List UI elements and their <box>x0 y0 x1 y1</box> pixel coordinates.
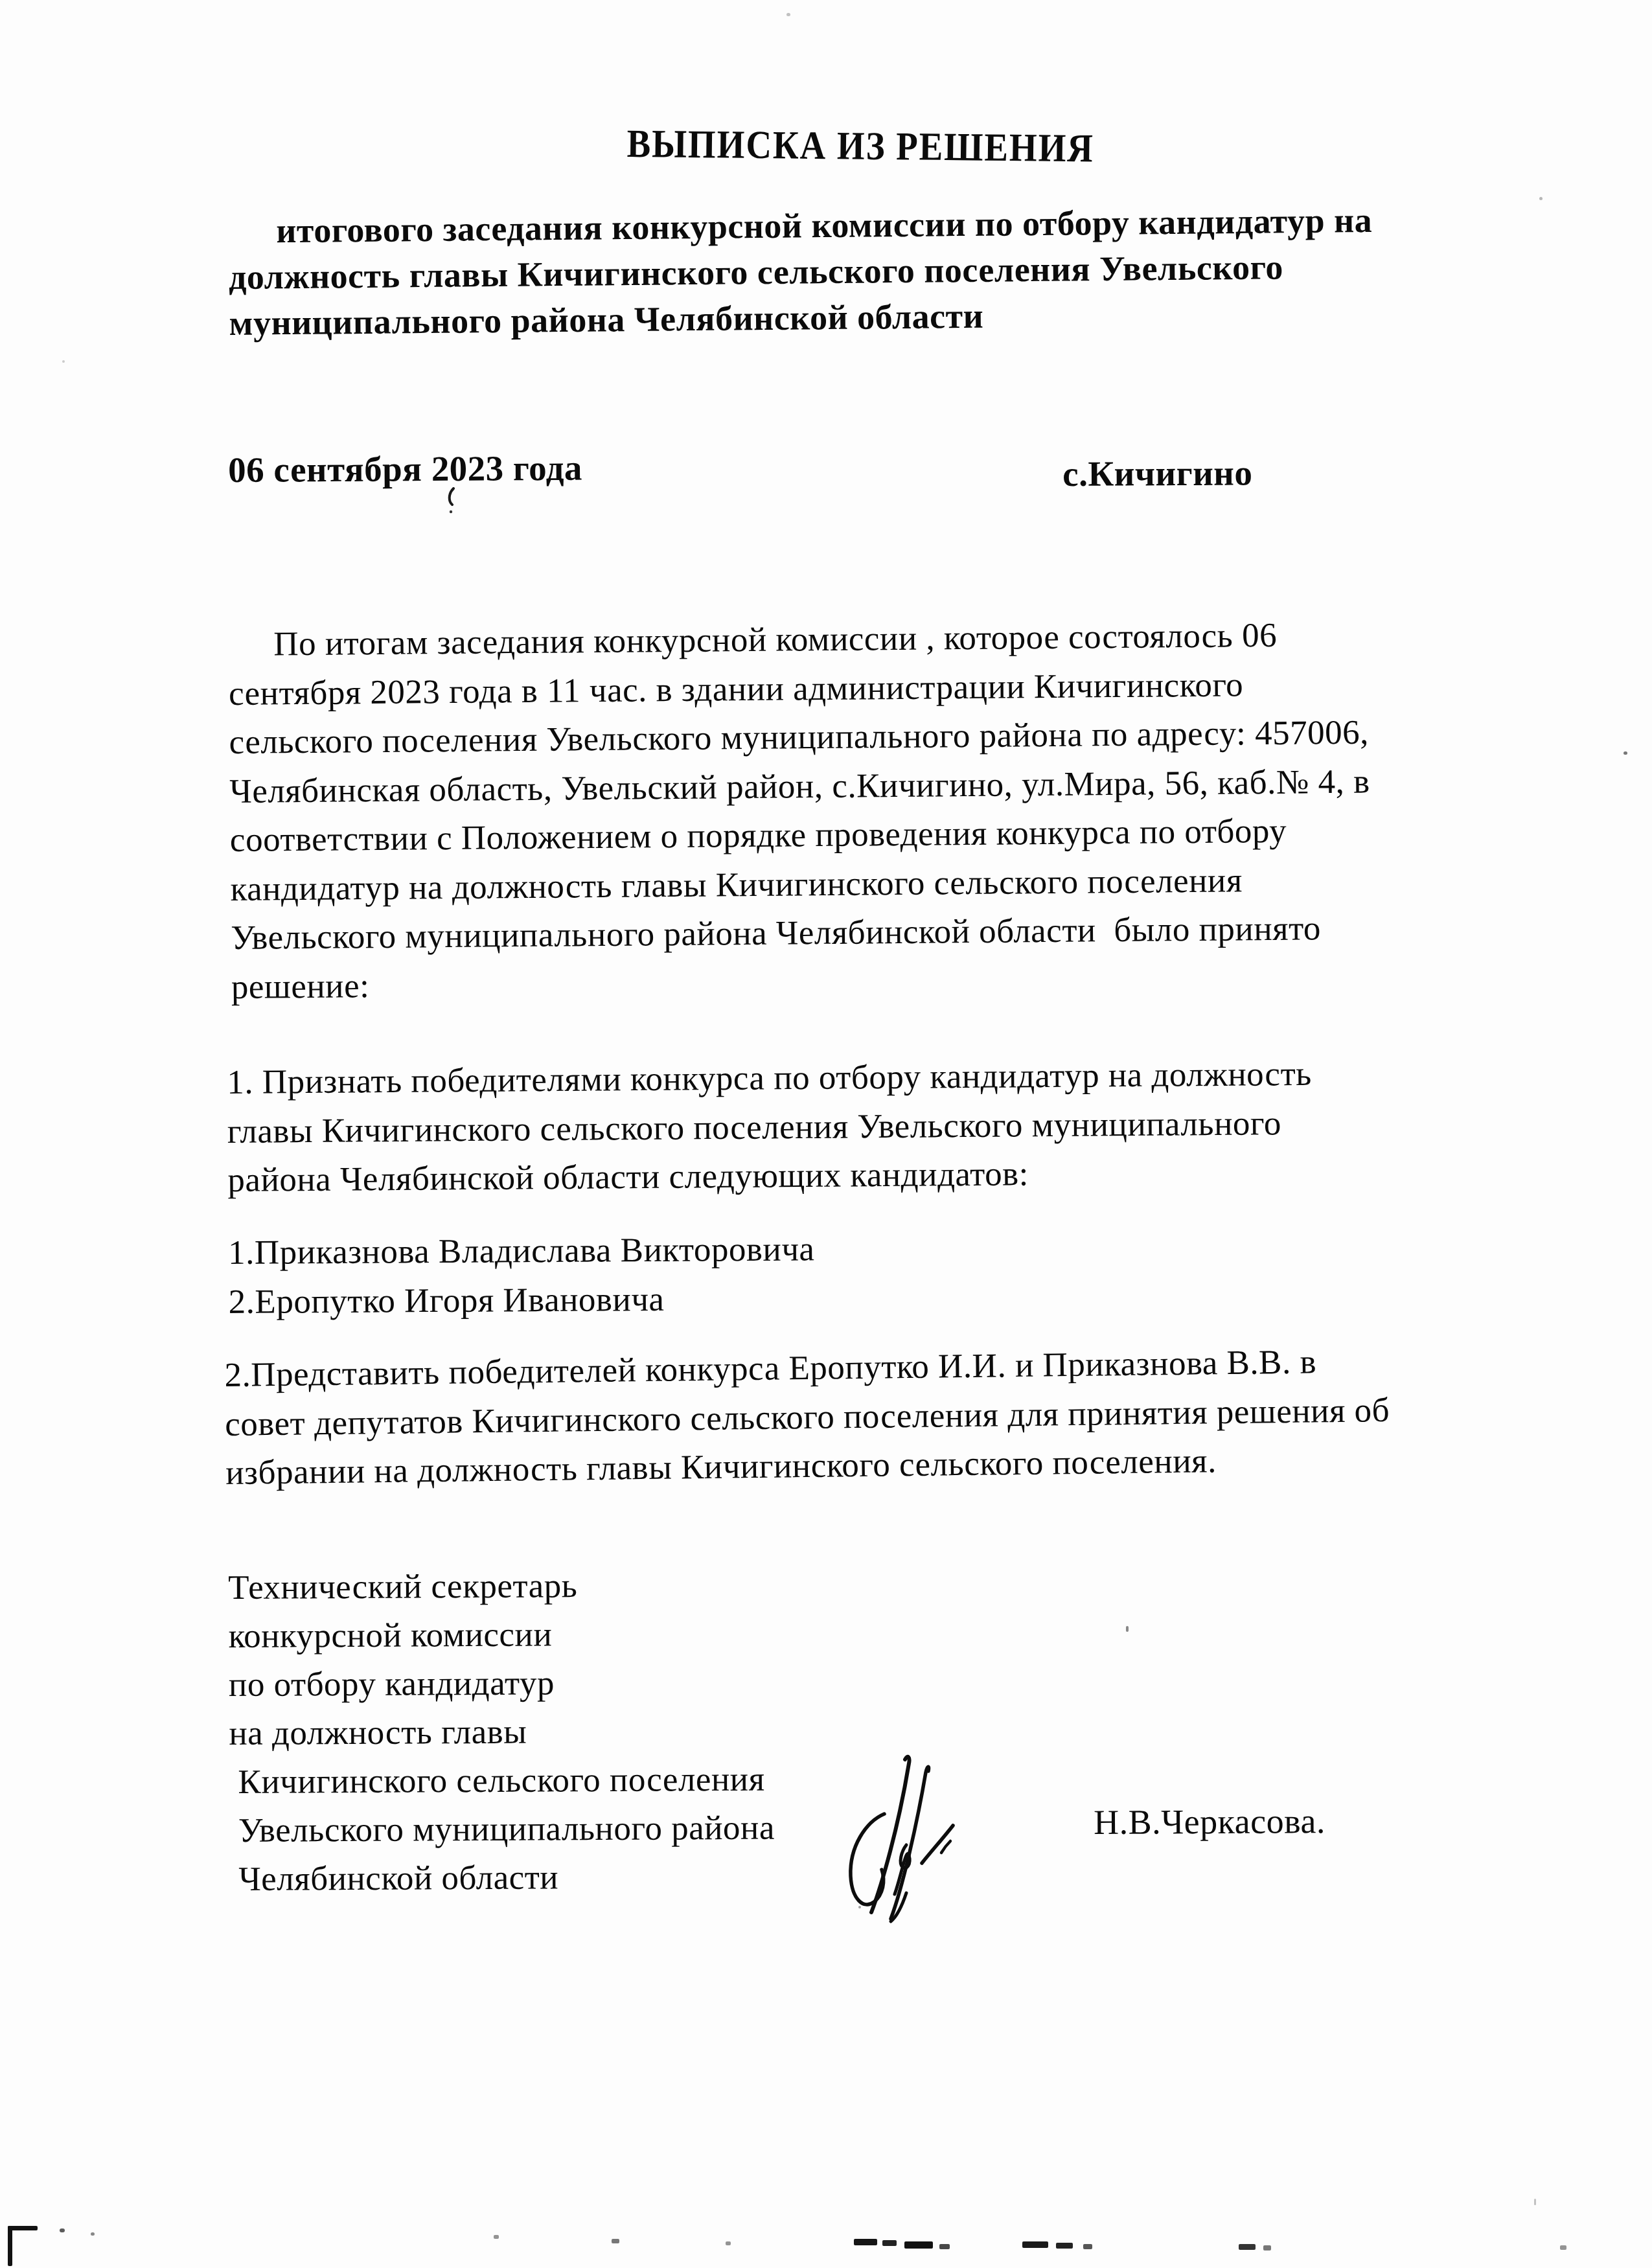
document-title: ВЫПИСКА ИЗ РЕШЕНИЯ <box>626 122 1094 171</box>
scan-dash <box>939 2244 950 2249</box>
scan-dash <box>726 2241 731 2245</box>
scan-dash <box>1560 2245 1566 2250</box>
scan-speck <box>60 2228 65 2232</box>
body-paragraph: По итогам заседания конкурсной комиссии … <box>228 611 1372 1012</box>
decision-item-2: 2.Представить победителей конкурса Еропу… <box>224 1337 1390 1498</box>
scan-dash <box>494 2235 499 2239</box>
signature-scribble <box>844 1749 961 1924</box>
signatory-name: Н.В.Черкасова. <box>1094 1801 1325 1842</box>
scan-speck <box>91 2232 95 2236</box>
document-place: с.Кичигино <box>1062 452 1253 494</box>
scan-speck <box>1126 1626 1129 1632</box>
scan-speck <box>786 13 790 16</box>
scan-dash <box>1022 2241 1048 2248</box>
decision-item-1: 1. Признать победителями конкурса по отб… <box>227 1050 1313 1206</box>
stray-pen-mark <box>446 487 457 516</box>
scan-speck <box>1534 2199 1536 2205</box>
document-subtitle: итогового заседания конкурсной комиссии … <box>228 198 1373 347</box>
scan-speck <box>62 360 65 363</box>
scan-dash <box>1056 2243 1073 2249</box>
scan-speck <box>1539 197 1543 200</box>
scan-speck <box>1623 751 1627 755</box>
scan-speck <box>858 1906 861 1908</box>
scan-dash <box>904 2241 933 2249</box>
scan-dash <box>1263 2245 1271 2251</box>
document-date: 06 сентября 2023 года <box>228 448 582 490</box>
scan-dash <box>882 2240 897 2246</box>
scan-dash <box>854 2239 877 2245</box>
signature-title-block: Технический секретарь конкурсной комисси… <box>228 1561 775 1904</box>
scan-dash <box>1083 2244 1092 2249</box>
scan-corner-bracket-v <box>8 2226 12 2266</box>
candidates-list: 1.Приказнова Владислава Викторовича 2.Ер… <box>228 1225 815 1327</box>
scan-dash <box>1239 2244 1256 2250</box>
scan-dash <box>612 2239 619 2243</box>
document-page: ВЫПИСКА ИЗ РЕШЕНИЯ итогового заседания к… <box>0 0 1652 2268</box>
